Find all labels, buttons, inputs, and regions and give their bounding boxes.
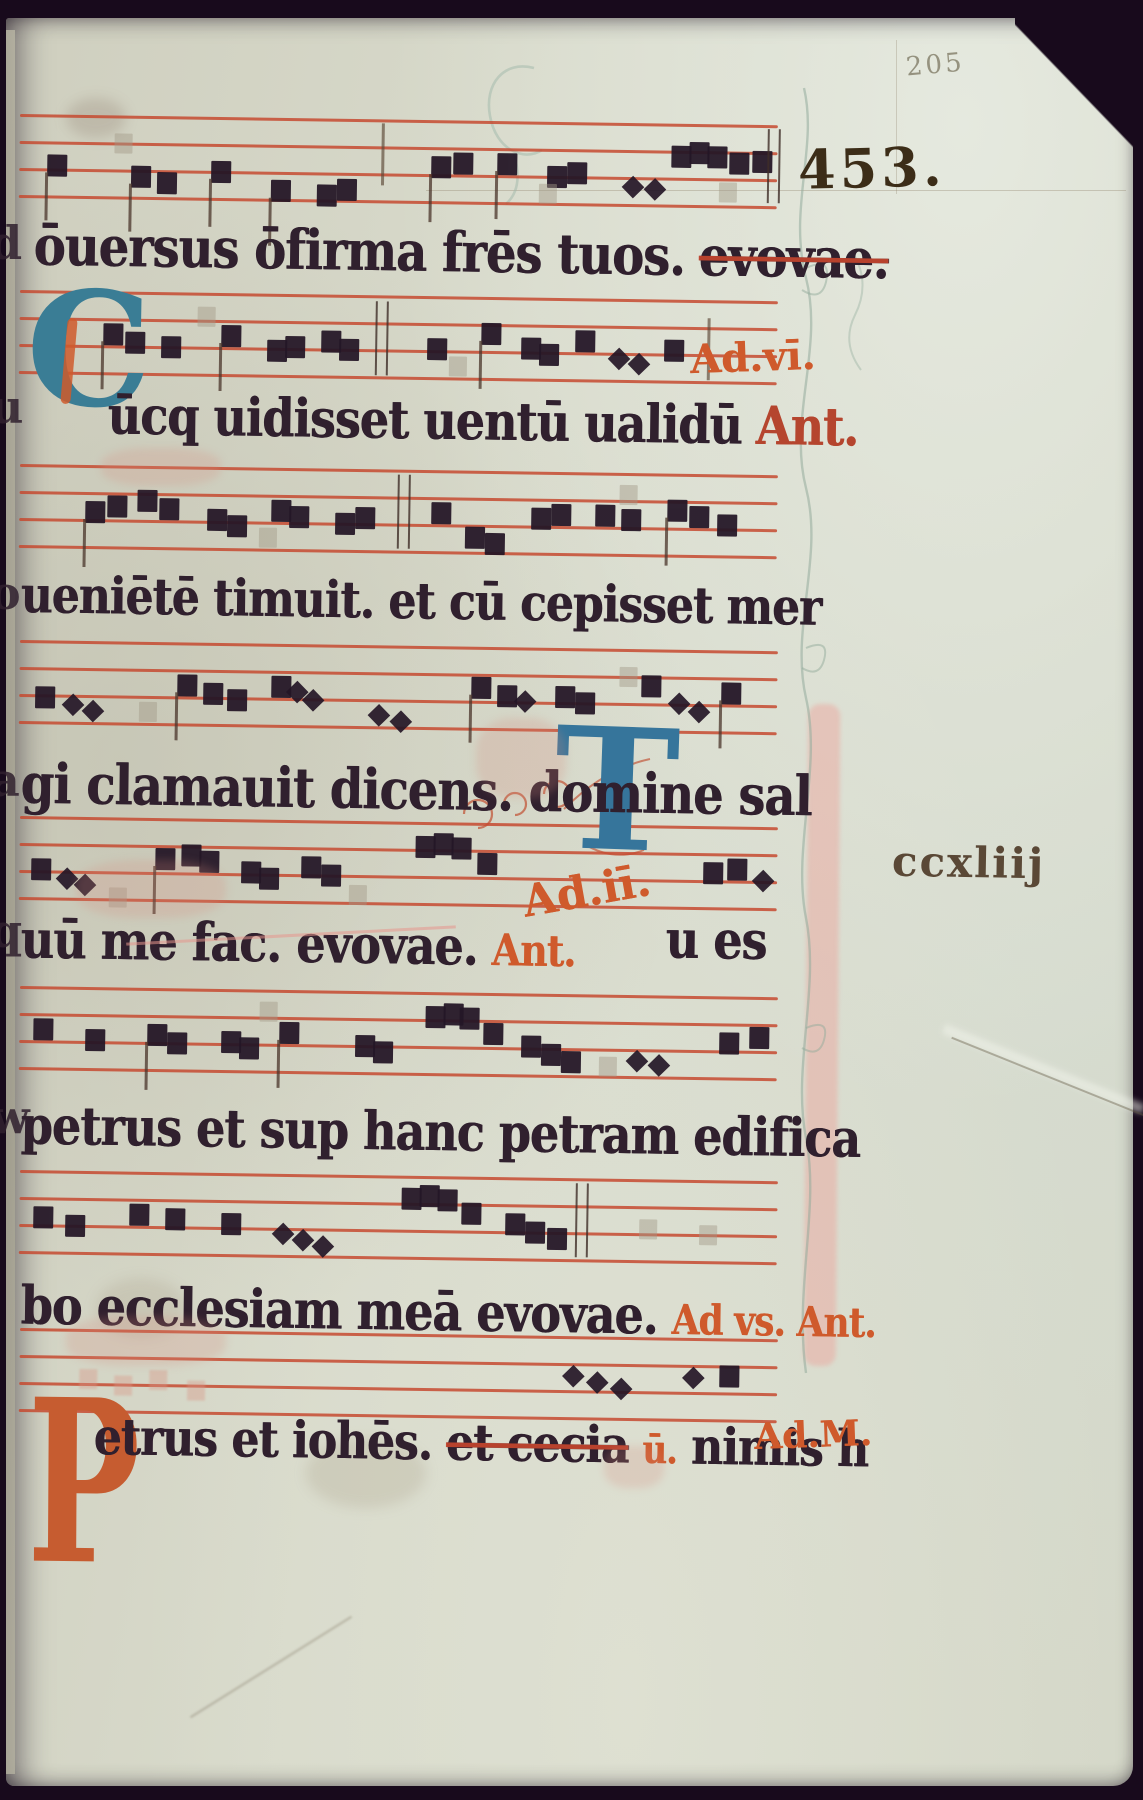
neume-square [227,689,247,711]
chant-line-6: petrus et sup hanc petram edifica [20,1094,860,1170]
neume-square [207,509,227,531]
neume-square [521,1035,541,1057]
clipped-corner [1015,18,1133,156]
chant-text: uū me fac. evovae. [20,908,478,977]
staff-line [20,1013,778,1027]
neume-ghost-square [619,667,637,687]
neume-tail [494,171,497,219]
neume-square [541,1044,561,1066]
neume-square [285,336,305,358]
neume-square [719,1032,739,1054]
staff-line [20,114,778,128]
neume-square [707,146,727,168]
neume-square [137,490,157,512]
neume-square [355,507,375,529]
chant-text: gi clamauit dicens. domine sal [20,752,812,829]
neume-pink-ghost [187,1380,205,1400]
chant-line-1: ōuersus ōfirma frēs tuos.evovae. [33,214,889,292]
neume-tail [144,1042,147,1090]
staff [19,986,778,1079]
neume-double-bar [575,1183,589,1257]
chant-text: ueniētē timuit. et cū cepisset mer [20,566,821,637]
neume-square-with-tail [497,153,517,175]
show-through-smudge [604,1446,664,1488]
neume-square [35,686,55,708]
rubric-ant: Ant. [491,924,576,977]
chant-line-5: uū me fac. evovae.Ant. [20,908,576,979]
neume-ghost-square [539,184,557,204]
neume-ghost-square [259,1002,277,1022]
neume-square-with-tail [721,682,741,704]
parchment-crease [951,1037,1143,1118]
neume-square [459,1008,479,1030]
neume-square [239,1037,259,1059]
neume-diamond [644,178,667,201]
neume-tail [428,174,431,222]
neume-square [729,153,749,175]
neume-square [165,1208,185,1230]
neume-square-with-tail [431,156,451,178]
staff [19,1170,778,1263]
chant-line-3: ueniētē timuit. et cū cepisset mer [20,566,821,637]
neume-square [33,1018,53,1040]
neume-square [203,683,223,705]
neume-square [719,1365,739,1387]
neume-ghost-square [114,133,132,153]
neume-square [539,344,559,366]
neume-square [31,858,51,880]
neume-square [621,509,641,531]
neume-ghost-square [349,885,367,905]
neume-square [289,506,309,528]
neume-square [703,862,723,884]
pencil-folio-number: 205 [905,48,966,83]
neume-diamond [82,700,105,723]
staff-line [20,986,778,1000]
neume-square [339,339,359,361]
neume-square [259,868,279,890]
neume-square-with-tail [481,323,501,345]
neume-square [159,498,179,520]
ink-page-number: 453. [797,134,946,202]
neume-square [221,1213,241,1235]
neume-ghost-square [619,485,637,505]
neume-square [717,514,737,536]
neume-square [531,508,551,530]
struck-text: et cecia [446,1414,629,1476]
gutter-letter-fragment: o [0,566,21,620]
neume-tail [479,341,482,389]
neume-square [317,184,337,206]
staff-line [19,195,777,209]
gutter-letter-fragment: q [0,904,22,958]
parchment-crease [942,1024,1143,1114]
neume-square [337,179,357,201]
neume-square [485,533,505,555]
neume-square [461,1203,481,1225]
neume-square [465,527,485,549]
chant-text: ōuersus ōfirma frēs tuos. [33,214,685,289]
neume-square [727,858,747,880]
staff [19,114,778,207]
neume-square [561,1051,581,1073]
staff-line [19,1251,777,1265]
neume-square [453,152,473,174]
show-through-smudge [101,448,221,486]
neume-square [427,338,447,360]
staff-line [20,1170,778,1184]
neume-square [431,502,451,524]
chant-line-4: gi clamauit dicens. domine sal [20,752,812,829]
neume-square-with-tail [279,1022,299,1044]
chant-text: petrus et sup hanc petram edifica [20,1094,860,1170]
neume-square [157,172,177,194]
neume-diamond [752,870,775,893]
margin-chapter-number: ccxliij [892,837,1046,889]
rubric-ad-vesperas: Ad vs. Ant. [671,1296,876,1348]
show-through-smudge [476,718,566,798]
neume-tail [82,519,85,567]
manuscript-photo: { "page": { "pencil_folio": "205", "ink_… [0,0,1143,1800]
neume-diamond [626,1050,649,1073]
neume-square [505,1213,525,1235]
neume-square [129,1204,149,1226]
neume-double-bar [397,475,411,549]
show-through-smudge [66,1316,226,1366]
neume-square [525,1222,545,1244]
neume-ghost-square [719,182,737,202]
neume-square [595,505,615,527]
neume-tail [219,343,222,391]
neume-diamond [390,710,413,733]
neume-ghost-square [139,702,157,722]
struck-euouae: evovae. [698,225,888,292]
gutter-letter-fragment: a [0,753,20,807]
chant-line-8: etrus et iohēs.et ceciaū.nimis h [93,1408,868,1479]
neume-tail [665,518,668,566]
neume-square-with-tail [471,677,491,699]
neume-square [749,1027,769,1049]
neume-square [335,513,355,535]
neume-square [227,515,247,537]
neume-diamond [628,353,651,376]
gutter-letter-fragment: w [0,1090,30,1144]
neume-square-with-tail [667,500,687,522]
staff-line [20,667,778,681]
neume-diamond [610,1378,633,1401]
neume-square [664,340,684,362]
neume-ghost-square [639,1219,657,1239]
neume-square [321,864,341,886]
chant-text: u es [665,908,766,972]
staff-line [20,640,778,654]
neume-diamond [682,1367,705,1390]
neume-square [551,504,571,526]
staff-line [19,1040,777,1054]
chant-line-5-after-initial: u es [665,908,766,972]
neume-ghost-square [599,1057,617,1077]
gutter-letter-fragment: d [0,216,22,270]
neume-square-with-tail [47,154,67,176]
neume-square-with-tail [131,166,151,188]
neume-square [689,506,709,528]
neume-square [161,336,181,358]
chant-text: ūcq uidisset uentū ualidū [107,384,742,456]
neume-square [575,330,595,352]
neume-diamond [368,704,391,727]
neume-ghost-square [449,356,467,376]
neume-square [85,1029,105,1051]
chant-line-2: ūcq uidisset uentū ualidūAnt. [107,384,858,458]
neume-double-bar [375,301,389,375]
neume-square [301,856,321,878]
rubric-ad-m: Ad.M. [753,1412,872,1458]
neume-square-with-tail [221,325,241,347]
neume-square-with-tail [147,1024,167,1046]
gutter-letter-fragment: u [0,380,23,434]
neume-square-with-tail [211,161,231,183]
neume-tail [469,695,472,743]
neume-square [547,1228,567,1250]
neume-square [567,162,587,184]
neume-square [497,685,517,707]
manuscript-page: 205 453. ccxliij C T P ōuersus ōfirma fr… [6,18,1133,1786]
staff-line [20,141,778,155]
neume-tail [175,692,178,740]
neume-tail [718,700,721,748]
neume-square [483,1023,503,1045]
neume-diamond [272,1223,295,1246]
gutter-page-edge [6,30,15,1774]
staff-line [19,1224,777,1238]
neume-square-with-tail [271,180,291,202]
neume-square [167,1032,187,1054]
neume-diamond [292,1229,315,1252]
initial-p-red: P [27,1370,141,1596]
neume-square-with-tail [177,674,197,696]
neume-ghost-square [699,1225,717,1245]
neume-tail [277,1040,280,1088]
chant-text: etrus et iohēs. [93,1408,432,1472]
neume-double-bar [767,129,781,203]
neume-square [451,837,471,859]
neume-square [373,1041,393,1063]
neume-square [107,495,127,517]
rubric-ant: Ant. [755,394,858,458]
neume-square-with-tail [85,501,105,523]
neume-thin-stroke [381,123,384,185]
neume-square [33,1206,53,1228]
neume-diamond [608,348,631,371]
show-through-smudge [76,860,226,918]
neume-ghost-square [197,307,215,327]
rubric-ad-vi: Ad.vī. [689,332,816,383]
neume-diamond [648,1054,671,1077]
neume-square [65,1215,85,1237]
neume-square [477,853,497,875]
neume-square [437,1189,457,1211]
parchment-crease [190,1616,352,1718]
neume-diamond [562,1365,585,1388]
neume-ghost-square [259,528,277,548]
neume-pink-ghost [149,1370,167,1390]
